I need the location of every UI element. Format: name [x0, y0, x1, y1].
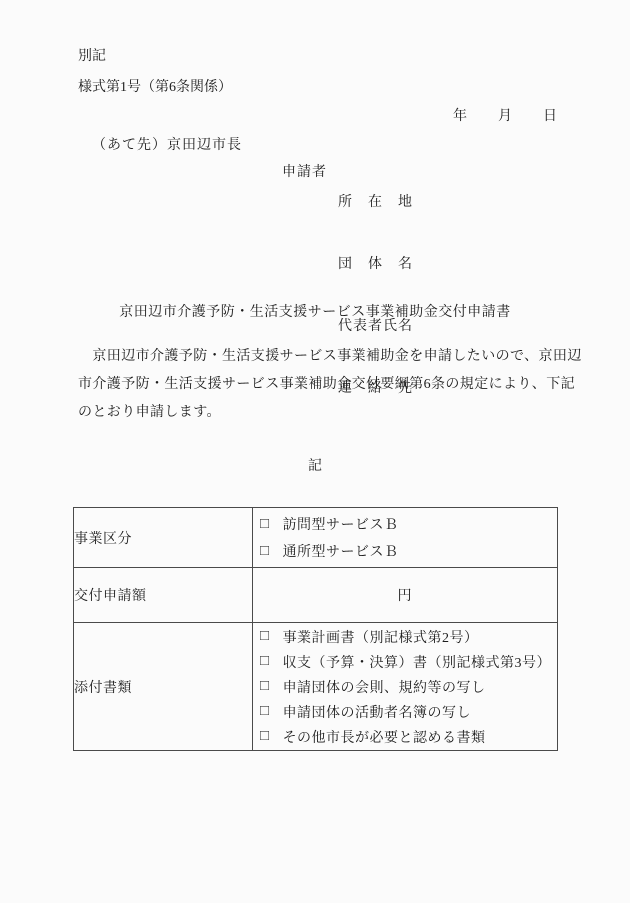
form-number: 様式第1号（第6条関係） [78, 76, 232, 96]
checkbox-unchecked-icon[interactable]: □ [260, 654, 270, 669]
table-row-business-category: 事業区分 □訪問型サービスＢ □通所型サービスＢ [74, 508, 558, 568]
checkbox-unchecked-icon[interactable]: □ [260, 704, 270, 719]
table-row-attachments: 添付書類 □事業計画書（別記様式第2号） □収支（予算・決算）書（別記様式第3号… [74, 623, 558, 751]
option-commute-service-b: □通所型サービスＢ [260, 538, 557, 565]
option-label: 事業計画書（別記様式第2号） [283, 627, 479, 647]
body-paragraph-line: のとおり申請します。 [78, 399, 560, 427]
applicant-field-address: 所 在 地 [338, 193, 413, 223]
option-visit-service-b: □訪問型サービスＢ [260, 511, 557, 538]
applicant-label: 申請者 [282, 161, 327, 181]
option-org-rules-copy: □申請団体の会則、規約等の写し [260, 674, 557, 699]
applicant-field-org-name: 団 体 名 [338, 255, 413, 285]
date-line: 年 月 日 [453, 105, 558, 125]
section-marker-ki: 記 [0, 455, 630, 475]
checkbox-unchecked-icon[interactable]: □ [260, 544, 270, 559]
option-member-roster-copy: □申請団体の活動者名簿の写し [260, 699, 557, 724]
option-label: 収支（予算・決算）書（別記様式第3号） [283, 652, 552, 672]
option-label: 申請団体の活動者名簿の写し [283, 702, 472, 722]
amount-unit-yen: 円 [253, 568, 558, 623]
body-paragraph-line: 京田辺市介護予防・生活支援サービス事業補助金を申請したいので、京田辺 [78, 343, 560, 371]
option-business-plan: □事業計画書（別記様式第2号） [260, 624, 557, 649]
document-page: 別記 様式第1号（第6条関係） 年 月 日 （あて先）京田辺市長 申請者 所 在… [0, 0, 630, 903]
attachment-options: □事業計画書（別記様式第2号） □収支（予算・決算）書（別記様式第3号） □申請… [253, 624, 557, 749]
business-category-options: □訪問型サービスＢ □通所型サービスＢ [253, 511, 557, 565]
attachment-note: 別記 [78, 45, 106, 65]
checkbox-unchecked-icon[interactable]: □ [260, 679, 270, 694]
option-label: その他市長が必要と認める書類 [283, 727, 486, 747]
body-paragraph-line: 市介護予防・生活支援サービス事業補助金交付要綱第6条の規定により、下記 [78, 371, 560, 399]
option-label: 訪問型サービスＢ [283, 514, 399, 534]
addressee-line: （あて先）京田辺市長 [92, 134, 242, 154]
option-budget-statement: □収支（予算・決算）書（別記様式第3号） [260, 649, 557, 674]
option-other-documents: □その他市長が必要と認める書類 [260, 724, 557, 749]
checkbox-unchecked-icon[interactable]: □ [260, 729, 270, 744]
table-row-application-amount: 交付申請額 円 [74, 568, 558, 623]
checkbox-unchecked-icon[interactable]: □ [260, 629, 270, 644]
option-label: 申請団体の会則、規約等の写し [283, 677, 486, 697]
application-form-table: 事業区分 □訪問型サービスＢ □通所型サービスＢ 交付申請額 円 [73, 507, 558, 751]
option-label: 通所型サービスＢ [283, 541, 399, 561]
checkbox-unchecked-icon[interactable]: □ [260, 517, 270, 532]
body-paragraph: 京田辺市介護予防・生活支援サービス事業補助金を申請したいので、京田辺 市介護予防… [78, 343, 560, 427]
row-label-application-amount: 交付申請額 [74, 568, 253, 623]
row-label-attachments: 添付書類 [74, 623, 253, 751]
row-label-business-category: 事業区分 [74, 508, 253, 568]
document-title: 京田辺市介護予防・生活支援サービス事業補助金交付申請書 [0, 301, 630, 321]
